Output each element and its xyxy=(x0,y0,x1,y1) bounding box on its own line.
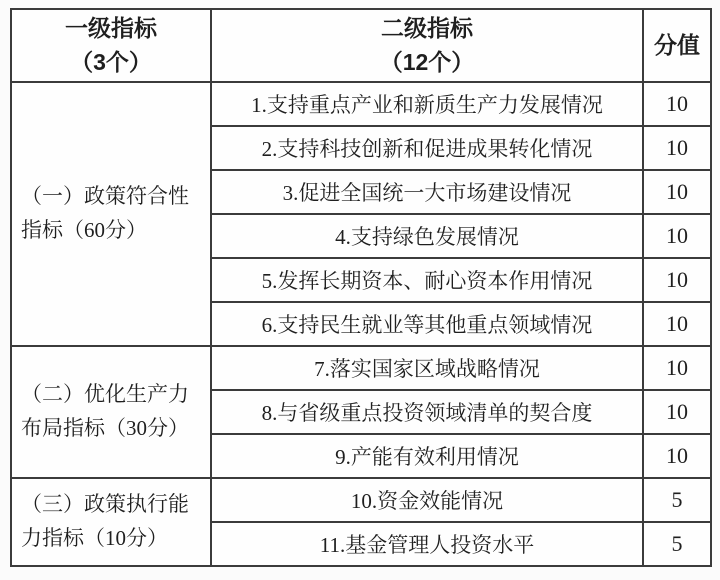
indicator-7-score: 10 xyxy=(643,346,711,390)
indicator-2-label: 2.支持科技创新和促进成果转化情况 xyxy=(211,126,643,170)
header-level1-indicators: 一级指标 （3个） xyxy=(11,9,211,82)
table-header-row: 一级指标 （3个） 二级指标 （12个） 分值 xyxy=(11,9,711,82)
indicator-1-score: 10 xyxy=(643,82,711,126)
group-3-name: （三）政策执行能力指标（10分） xyxy=(11,478,211,566)
indicator-2-score: 10 xyxy=(643,126,711,170)
indicator-9-label: 9.产能有效利用情况 xyxy=(211,434,643,478)
group-2-name: （二）优化生产力布局指标（30分） xyxy=(11,346,211,478)
indicator-5-label: 5.发挥长期资本、耐心资本作用情况 xyxy=(211,258,643,302)
indicator-5-score: 10 xyxy=(643,258,711,302)
indicator-1-label: 1.支持重点产业和新质生产力发展情况 xyxy=(211,82,643,126)
table-row: （二）优化生产力布局指标（30分） 7.落实国家区域战略情况 10 xyxy=(11,346,711,390)
document-page: 一级指标 （3个） 二级指标 （12个） 分值 （一）政策符合性指标（60分） … xyxy=(0,0,720,580)
indicator-4-label: 4.支持绿色发展情况 xyxy=(211,214,643,258)
indicator-score-table: 一级指标 （3个） 二级指标 （12个） 分值 （一）政策符合性指标（60分） … xyxy=(10,8,712,567)
indicator-6-label: 6.支持民生就业等其他重点领域情况 xyxy=(211,302,643,346)
indicator-10-score: 5 xyxy=(643,478,711,522)
indicator-8-label: 8.与省级重点投资领域清单的契合度 xyxy=(211,390,643,434)
indicator-7-label: 7.落实国家区域战略情况 xyxy=(211,346,643,390)
indicator-3-label: 3.促进全国统一大市场建设情况 xyxy=(211,170,643,214)
indicator-3-score: 10 xyxy=(643,170,711,214)
table-row: （一）政策符合性指标（60分） 1.支持重点产业和新质生产力发展情况 10 xyxy=(11,82,711,126)
indicator-11-score: 5 xyxy=(643,522,711,566)
table-row: （三）政策执行能力指标（10分） 10.资金效能情况 5 xyxy=(11,478,711,522)
indicator-11-label: 11.基金管理人投资水平 xyxy=(211,522,643,566)
header-score: 分值 xyxy=(643,9,711,82)
indicator-9-score: 10 xyxy=(643,434,711,478)
indicator-10-label: 10.资金效能情况 xyxy=(211,478,643,522)
header-level2-indicators: 二级指标 （12个） xyxy=(211,9,643,82)
indicator-4-score: 10 xyxy=(643,214,711,258)
indicator-8-score: 10 xyxy=(643,390,711,434)
indicator-6-score: 10 xyxy=(643,302,711,346)
group-1-name: （一）政策符合性指标（60分） xyxy=(11,82,211,346)
